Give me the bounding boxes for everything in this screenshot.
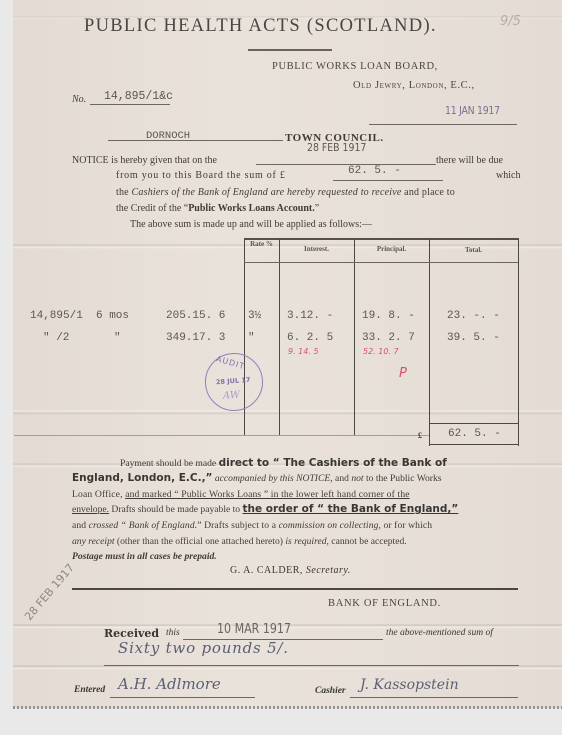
secretary-title: Secretary. [306, 565, 351, 576]
audit-label: AUDIT [215, 354, 246, 371]
loan-term: " [114, 332, 121, 344]
notice-line-2-end: which [496, 170, 520, 181]
bank-name: BANK OF ENGLAND. [328, 598, 441, 609]
pound-symbol: £ [418, 431, 422, 440]
pencil-annotation: 9/5 [500, 14, 521, 29]
header-principal: Principal. [354, 245, 429, 253]
loan-interest: 6. 2. 5 [287, 332, 333, 344]
table-divider [279, 238, 280, 436]
loan-term: 6 mos [96, 310, 129, 322]
entered-label: Entered [74, 685, 105, 695]
text: Loan Office, [72, 489, 125, 500]
cashier-signature: J. Kassopstein [360, 677, 459, 693]
payment-line-4: envelope. Drafts should be made payable … [72, 503, 458, 515]
text: cannot be accepted. [329, 536, 407, 547]
this-label: this [166, 628, 180, 638]
board-name: PUBLIC WORKS LOAN BOARD, [272, 61, 438, 72]
loan-number: 14,895/1 [30, 310, 83, 322]
loan-total: 23. -. - [447, 310, 500, 322]
loan-interest: 3.12. - [287, 310, 333, 322]
table-divider [354, 238, 355, 436]
text: and [333, 473, 352, 484]
red-principal-subtotal: 52. 10. 7 [363, 347, 399, 356]
text-italic: crossed “ Bank of England. [89, 520, 198, 531]
payment-line-7: Postage must in all cases be prepaid. [72, 551, 217, 562]
text-bold: England, London, E.C.,” [72, 472, 212, 484]
table-divider [429, 238, 430, 446]
sum-line [333, 180, 443, 181]
audit-initials: AW [223, 390, 241, 402]
perforation-edge [13, 706, 562, 709]
title-divider [248, 49, 332, 51]
amount-line [104, 665, 519, 666]
loan-principal: 19. 8. - [362, 310, 415, 322]
received-tail-text: the above-mentioned sum of [386, 628, 493, 638]
secretary-signature: G. A. CALDER, Secretary. [230, 565, 351, 576]
notice-line-1: NOTICE is hereby given that on the [72, 155, 217, 166]
notice-line-1-end: there will be due [436, 155, 503, 166]
loan-number: " /2 [43, 332, 69, 344]
text: the Credit of the “ [116, 203, 188, 214]
loan-total: 39. 5. - [447, 332, 500, 344]
notice-line-2: from you to this Board the sum of £ [116, 170, 286, 181]
table-top-border [244, 238, 518, 240]
text: and place to [401, 187, 454, 198]
text: (other than the official one attached he… [115, 536, 286, 547]
payment-line-6: any receipt (other than the official one… [72, 536, 407, 547]
received-date: 10 MAR 1917 [217, 622, 291, 637]
reference-number-label: No. [72, 94, 86, 105]
handwritten-amount: Sixty two pounds 5/. [118, 639, 289, 657]
text: or for which [381, 520, 432, 531]
entered-signature: A.H. Adlmore [118, 675, 221, 693]
cashier-label: Cashier [315, 686, 346, 696]
red-check-mark: P [399, 366, 407, 381]
payment-line-5: and crossed “ Bank of England.” Drafts s… [72, 520, 432, 531]
board-address: Old Jewry, London, E.C., [353, 80, 475, 91]
account-name: Public Works Loans Account. [188, 203, 315, 214]
text-bold: the order of “ the Bank of England,” [243, 503, 459, 515]
document-title: PUBLIC HEALTH ACTS (SCOTLAND). [84, 16, 437, 37]
entered-line [110, 697, 255, 698]
text-italic: Cashiers of the Bank of England are here… [132, 187, 402, 198]
sum-due: 62. 5. - [348, 165, 401, 177]
text: and [72, 520, 89, 531]
text-italic: not [351, 473, 363, 484]
audit-date: 28 JUL 17 [216, 376, 251, 386]
due-date-line [256, 164, 436, 165]
text-italic: any receipt [72, 536, 115, 547]
text-underlined: and marked “ Public Works Loans ” in the… [125, 489, 409, 500]
text-underlined: envelope. [72, 504, 109, 515]
loan-rate: 3½ [248, 310, 261, 322]
notice-line-3: the Cashiers of the Bank of England are … [116, 187, 455, 198]
due-date-stamp: 28 FEB 1917 [307, 141, 366, 154]
table-divider [518, 238, 519, 446]
text: the [116, 187, 132, 198]
text: Payment should be made [120, 458, 219, 469]
loan-balance: 205.15. 6 [166, 310, 225, 322]
loan-rate: " [248, 332, 255, 344]
council-name-line [108, 140, 283, 141]
applied-heading: The above sum is made up and will be app… [130, 219, 372, 230]
grand-total: 62. 5. - [448, 428, 501, 440]
receipt-divider [72, 588, 518, 590]
loan-principal: 33. 2. 7 [362, 332, 415, 344]
text-italic: commission on collecting, [279, 520, 381, 531]
text-italic: is required, [285, 536, 329, 547]
text-bold: direct to “ The Cashiers of the Bank of [219, 457, 447, 469]
header-total: Total. [429, 246, 518, 254]
issue-date-line [369, 124, 517, 125]
reference-number: 14,895/1&c [104, 90, 173, 103]
text-italic: accompanied by this NOTICE, [212, 473, 332, 484]
header-rate: Rate % [244, 240, 279, 248]
payment-line-1: Payment should be made direct to “ The C… [120, 457, 447, 469]
header-interest: Interest. [279, 245, 354, 253]
text: Drafts should be made payable to [109, 504, 242, 515]
cashier-line [350, 697, 518, 698]
text: to the Public Works [364, 473, 442, 484]
text: ” Drafts subject to a [197, 520, 278, 531]
secretary-name: G. A. CALDER, [230, 565, 306, 576]
issue-date-stamp: 11 JAN 1917 [445, 104, 500, 117]
payment-line-2: England, London, E.C.,” accompanied by t… [72, 472, 442, 484]
text: ” [315, 203, 319, 214]
reference-number-line [90, 104, 170, 105]
red-interest-subtotal: 9. 14. 5 [288, 347, 319, 356]
table-base-rule [14, 435, 429, 436]
notice-line-4: the Credit of the “Public Works Loans Ac… [116, 203, 319, 214]
loan-balance: 349.17. 3 [166, 332, 225, 344]
table-header-rule [244, 262, 518, 263]
payment-line-3: Loan Office, and marked “ Public Works L… [72, 489, 410, 500]
